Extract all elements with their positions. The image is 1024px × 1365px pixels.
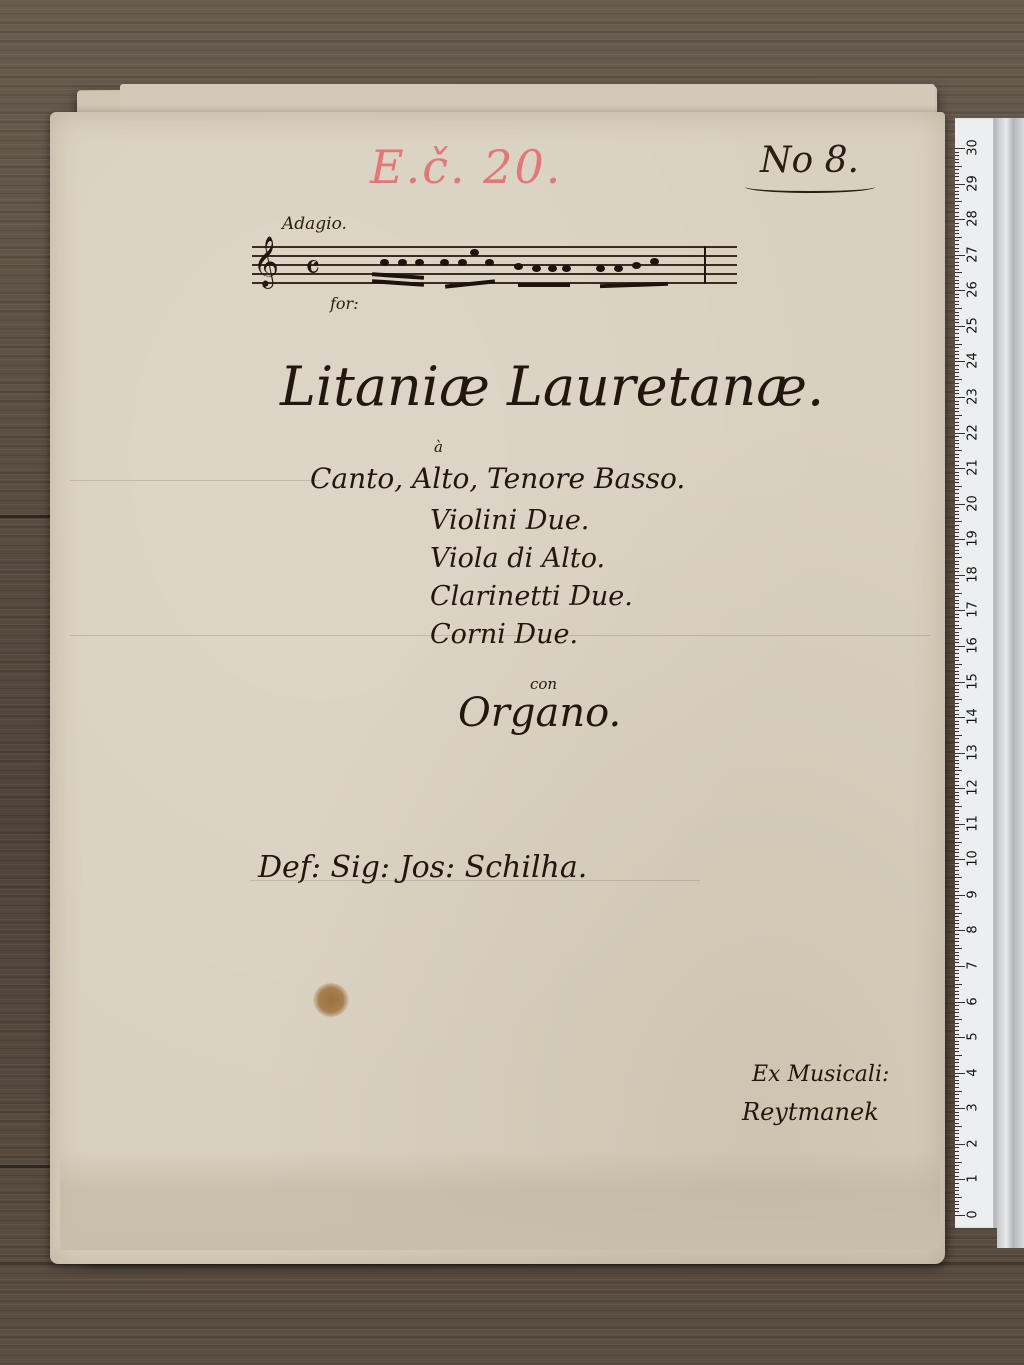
ruler-tick [955, 607, 959, 608]
ruler-tick [955, 475, 959, 476]
ruler-label: 19 [966, 527, 981, 551]
ruler-tick [955, 461, 959, 462]
ruler-tick [955, 649, 959, 650]
tempo-marking: Adagio. [282, 214, 347, 234]
ruler-tick [955, 625, 959, 626]
ruler-tick [955, 984, 962, 985]
ruler-tick [955, 1197, 962, 1198]
ruler-tick [955, 962, 959, 963]
ruler-tick [955, 849, 959, 850]
ruler-tick [955, 1016, 959, 1017]
ruler-tick [955, 866, 959, 867]
ruler-tick [955, 312, 959, 313]
ruler-tick [955, 1204, 959, 1205]
ruler-tick [955, 930, 965, 931]
ruler-label: 30 [966, 136, 981, 160]
ruler-tick [955, 518, 959, 519]
note-head [562, 265, 571, 272]
ruler-tick [955, 585, 959, 586]
ruler-tick [955, 781, 959, 782]
ruler-tick [955, 685, 959, 686]
ruler-tick [955, 1037, 965, 1038]
ruler-tick [955, 176, 959, 177]
ruler-tick [955, 973, 959, 974]
ruler-tick [955, 714, 959, 715]
ruler-tick [955, 970, 959, 971]
ruler-tick [955, 621, 959, 622]
ruler-tick [955, 895, 965, 896]
ruler-label: 14 [966, 705, 981, 729]
ruler-tick [955, 642, 959, 643]
flourish-underline [745, 181, 875, 193]
ruler-tick [955, 539, 965, 540]
ruler-tick [955, 1105, 959, 1106]
ruler-tick [955, 767, 959, 768]
ruler-tick [955, 507, 959, 508]
ruler-tick [955, 920, 959, 921]
ruler-tick [955, 315, 959, 316]
ruler-tick [955, 699, 962, 700]
ruler-tick [955, 813, 959, 814]
ruler-label: 10 [966, 847, 981, 871]
ruler-tick [955, 468, 965, 469]
ruler-tick [955, 1005, 959, 1006]
note-head [380, 259, 389, 266]
foxing-stain [313, 983, 349, 1017]
ruler-tick [955, 521, 962, 522]
ruler-tick [955, 696, 959, 697]
ruler-tick [955, 810, 959, 811]
ruler-tick [955, 799, 959, 800]
ruler-tick [955, 486, 962, 487]
ruler-tick [955, 564, 959, 565]
ruler-tick [955, 746, 959, 747]
shelf-mark-stamp: E.č. 20. [370, 140, 562, 194]
ruler-tick [955, 1151, 959, 1152]
ruler-tick [955, 824, 965, 825]
ruler-tick [955, 1048, 959, 1049]
ruler-tick [955, 514, 959, 515]
common-time-icon: 𝄴 [305, 248, 320, 288]
ruler-tick [955, 1201, 959, 1202]
ruler-tick [955, 465, 959, 466]
ruler-tick [955, 923, 959, 924]
ruler-tick [955, 304, 959, 305]
ruler-tick [955, 710, 959, 711]
ruler-tick [955, 792, 959, 793]
ruler-tick [955, 1041, 959, 1042]
ruler-tick [955, 482, 959, 483]
ruler-tick [955, 166, 962, 167]
ruler-tick [955, 340, 959, 341]
ruler-tick [955, 1165, 959, 1166]
ruler-tick [955, 795, 959, 796]
ruler-tick [955, 1026, 959, 1027]
ruler-tick [955, 1176, 959, 1177]
ruler-tick [955, 1059, 959, 1060]
copyist-line: Def: Sig: Jos: Schilha. [258, 850, 587, 885]
ruler-tick [955, 898, 959, 899]
ruler-tick [955, 308, 962, 309]
ruler-tick [955, 504, 965, 505]
ruler-tick [955, 265, 959, 266]
ruler-tick [955, 561, 959, 562]
ruler-tick [955, 689, 959, 690]
ruler-tick [955, 1055, 962, 1056]
note-head [458, 259, 467, 266]
ruler-tick [955, 258, 959, 259]
ruler-tick [955, 408, 959, 409]
ruler-tick [955, 802, 959, 803]
ruler-tick [955, 472, 959, 473]
paper-fold-shadow [60, 1150, 940, 1250]
barline [704, 246, 706, 284]
ruler-tick [955, 329, 959, 330]
ruler-tick [955, 440, 959, 441]
ruler-tick [955, 909, 959, 910]
ruler-label: 9 [966, 882, 981, 906]
ruler-tick [955, 1112, 959, 1113]
ruler-tick [955, 870, 959, 871]
ruler-tick [955, 706, 959, 707]
ruler-label: 5 [966, 1025, 981, 1049]
ruler-tick [955, 617, 959, 618]
ruler-tick [955, 1069, 959, 1070]
ruler-tick [955, 1030, 959, 1031]
ruler-tick [955, 774, 959, 775]
ruler-label: 2 [966, 1131, 981, 1155]
ruler-tick [955, 1126, 962, 1127]
ruler-tick [955, 425, 959, 426]
ruler-tick [955, 856, 959, 857]
ruler-tick [955, 639, 959, 640]
ruler-tick [955, 248, 959, 249]
ruler-tick [955, 479, 959, 480]
ruler-tick [955, 187, 959, 188]
ruler-tick [955, 489, 959, 490]
ruler-tick [955, 646, 965, 647]
ruler-tick [955, 934, 959, 935]
ruler-label: 4 [966, 1060, 981, 1084]
ruler-tick [955, 717, 965, 718]
ruler-label: 11 [966, 811, 981, 835]
ruler-tick [955, 753, 965, 754]
ruler-tick [955, 148, 965, 149]
ruler-tick [955, 450, 962, 451]
ruler-tick [955, 208, 959, 209]
ruler-label: 15 [966, 669, 981, 693]
ruler-tick [955, 1123, 959, 1124]
note-head [650, 258, 659, 265]
ruler-tick [955, 614, 959, 615]
ruler-tick [955, 1073, 965, 1074]
ruler-tick [955, 184, 965, 185]
ruler-tick [955, 600, 959, 601]
note-head [415, 259, 424, 266]
ruler-tick [955, 233, 959, 234]
ruler-tick [955, 1009, 959, 1010]
ruler-tick [955, 1023, 959, 1024]
treble-clef-icon: 𝄞 [253, 240, 279, 284]
ruler-tick [955, 553, 959, 554]
ruler-tick [955, 863, 959, 864]
ruler-tick [955, 1208, 959, 1209]
ruler-tick [955, 888, 959, 889]
ruler-tick [955, 1002, 965, 1003]
note-head [470, 249, 479, 256]
ruler-tick [955, 422, 959, 423]
ruler-tick [955, 1087, 959, 1088]
note-head [440, 259, 449, 266]
ruler-tick [955, 1066, 959, 1067]
ruler-tick [955, 429, 959, 430]
ruler-tick [955, 383, 959, 384]
ruler-tick [955, 952, 959, 953]
ruler-label: 23 [966, 384, 981, 408]
ruler-label: 17 [966, 598, 981, 622]
ruler-tick [955, 379, 962, 380]
ruler-tick [955, 1137, 959, 1138]
ruler-tick [955, 906, 959, 907]
ruler-tick [955, 500, 959, 501]
ruler-tick [955, 827, 959, 828]
ruler-tick [955, 433, 965, 434]
ruler-tick [955, 596, 959, 597]
ruler-tick [955, 945, 959, 946]
ruler-label: 8 [966, 918, 981, 942]
number-mark-text: No 8. [760, 140, 859, 181]
ruler-tick [955, 1183, 959, 1184]
ruler-tick [955, 361, 965, 362]
ruler-tick [955, 1140, 959, 1141]
ruler-tick [955, 582, 959, 583]
ruler-tick [955, 834, 959, 835]
ruler-tick [955, 667, 959, 668]
ruler-label: 28 [966, 207, 981, 231]
ruler-tick [955, 1098, 959, 1099]
ruler-tick [955, 916, 959, 917]
ruler-tick [955, 443, 959, 444]
ruler-tick [955, 226, 959, 227]
ruler-rail [997, 118, 1024, 1248]
ruler-label: 27 [966, 242, 981, 266]
instrument-line: Violini Due. [430, 505, 589, 536]
ruler-tick [955, 660, 959, 661]
ruler-tick [955, 1083, 959, 1084]
ruler-tick [955, 1179, 965, 1180]
ruler-tick [955, 1012, 959, 1013]
ruler-tick [955, 337, 959, 338]
ruler-tick [955, 454, 959, 455]
ruler-tick [955, 635, 959, 636]
ruler-tick [955, 859, 965, 860]
note-head [614, 265, 623, 272]
note-head [596, 265, 605, 272]
ruler-tick [955, 1162, 962, 1163]
ruler-tick [955, 927, 959, 928]
ruler-tick [955, 980, 959, 981]
ruler-tick [955, 404, 959, 405]
ruler-tick [955, 401, 959, 402]
ruler-tick [955, 152, 959, 153]
ruler-tick [955, 230, 959, 231]
note-head [398, 259, 407, 266]
ruler-tick [955, 1080, 959, 1081]
ruler-tick [955, 991, 959, 992]
ruler-tick [955, 763, 959, 764]
ruler-tick [955, 632, 959, 633]
ruler-tick [955, 1147, 959, 1148]
ruler-tick [955, 269, 959, 270]
ruler-tick [955, 529, 959, 530]
ruler-tick [955, 397, 965, 398]
ruler-tick [955, 347, 959, 348]
ruler-tick [955, 201, 962, 202]
ruler-tick [955, 571, 959, 572]
ruler-tick [955, 351, 959, 352]
ruler-tick [955, 603, 959, 604]
ruler-tick [955, 1190, 959, 1191]
ruler-tick [955, 290, 965, 291]
ruler-label: 6 [966, 989, 981, 1013]
ruler-tick [955, 276, 959, 277]
ruler-tick [955, 678, 959, 679]
ruler-tick [955, 1051, 959, 1052]
ruler-tick [955, 240, 959, 241]
ruler-tick [955, 721, 959, 722]
ruler-tick [955, 237, 962, 238]
ruler-tick [955, 1108, 965, 1109]
ruler-tick [955, 1133, 959, 1134]
ruler-tick [955, 749, 959, 750]
note-head [485, 259, 494, 266]
ruler-tick [955, 628, 962, 629]
ruler-tick [955, 418, 959, 419]
ruler-tick [955, 941, 959, 942]
ruler-label: 26 [966, 278, 981, 302]
ruler-tick [955, 664, 962, 665]
ruler-tick [955, 415, 962, 416]
ruler-tick [955, 788, 965, 789]
ruler-tick [955, 393, 959, 394]
ruler-tick [955, 326, 965, 327]
ruler-tick [955, 1187, 959, 1188]
ruler-tick [955, 589, 959, 590]
ruler-label: 16 [966, 633, 981, 657]
instrument-line: Viola di Alto. [430, 543, 605, 574]
ruler-tick [955, 1144, 965, 1145]
ruler-tick [955, 457, 959, 458]
note-head [632, 262, 641, 269]
ruler-tick [955, 244, 959, 245]
ruler-tick [955, 977, 959, 978]
ruler-tick [955, 436, 959, 437]
ruler-tick [955, 344, 962, 345]
ruler-tick [955, 966, 965, 967]
ruler-tick [955, 778, 959, 779]
ruler-tick [955, 557, 962, 558]
a-label: à [434, 438, 443, 456]
ruler-tick [955, 728, 959, 729]
instrument-label: for: [330, 294, 359, 313]
ruler-tick [955, 543, 959, 544]
ruler-tick [955, 1155, 959, 1156]
ruler-tick [955, 1044, 959, 1045]
ruler-tick [955, 294, 959, 295]
ruler-tick [955, 959, 959, 960]
ruler-label: 3 [966, 1096, 981, 1120]
ruler-tick [955, 1194, 959, 1195]
ruler-tick [955, 1169, 959, 1170]
ruler-tick [955, 671, 959, 672]
ruler-tick [955, 948, 962, 949]
note-head [548, 265, 557, 272]
ruler-tick [955, 994, 959, 995]
ruler-tick [955, 251, 959, 252]
note-head [532, 265, 541, 272]
ruler-tick [955, 674, 959, 675]
instrument-line: Clarinetti Due. [430, 581, 633, 612]
ruler-tick [955, 1130, 959, 1131]
ruler-tick [955, 874, 959, 875]
ruler-tick [955, 1158, 959, 1159]
work-title: Litaniæ Lauretanæ. [280, 355, 824, 418]
ruler-tick [955, 877, 962, 878]
ruler-tick [955, 194, 959, 195]
ruler-tick [955, 223, 959, 224]
ruler-tick [955, 987, 959, 988]
ruler-label: 0 [966, 1203, 981, 1227]
ruler-tick [955, 653, 959, 654]
ruler-tick [955, 390, 959, 391]
ruler-tick [955, 1076, 959, 1077]
ruler-tick [955, 692, 959, 693]
ruler-tick [955, 369, 959, 370]
ruler-tick [955, 770, 962, 771]
ruler-tick [955, 493, 959, 494]
ruler-tick [955, 301, 959, 302]
ruler-tick [955, 411, 959, 412]
ruler-tick [955, 568, 959, 569]
ruler-tick [955, 1211, 959, 1212]
ruler-tick [955, 738, 959, 739]
ruler-tick [955, 845, 959, 846]
ruler-tick [955, 287, 959, 288]
ruled-line [70, 480, 320, 481]
ruler-tick [955, 1119, 959, 1120]
ruler-tick [955, 255, 965, 256]
ruler-label: 22 [966, 420, 981, 444]
voices-line: Canto, Alto, Tenore Basso. [310, 462, 685, 495]
ruler-tick [955, 212, 959, 213]
ruler-tick [955, 550, 959, 551]
ruler-tick [955, 724, 959, 725]
number-mark: No 8. [760, 140, 875, 193]
ruler-tick [955, 1101, 959, 1102]
ruler-tick [955, 191, 959, 192]
ruler-tick [955, 820, 959, 821]
ruler-tick [955, 938, 959, 939]
ruler-tick [955, 262, 959, 263]
ruler-tick [955, 216, 959, 217]
ruler-tick [955, 831, 959, 832]
instrument-line: Corni Due. [430, 619, 578, 650]
note-head [514, 263, 523, 270]
ruler-tick [955, 913, 962, 914]
ruler-tick [955, 682, 965, 683]
ruler-tick [955, 354, 959, 355]
ruler-tick [955, 955, 959, 956]
